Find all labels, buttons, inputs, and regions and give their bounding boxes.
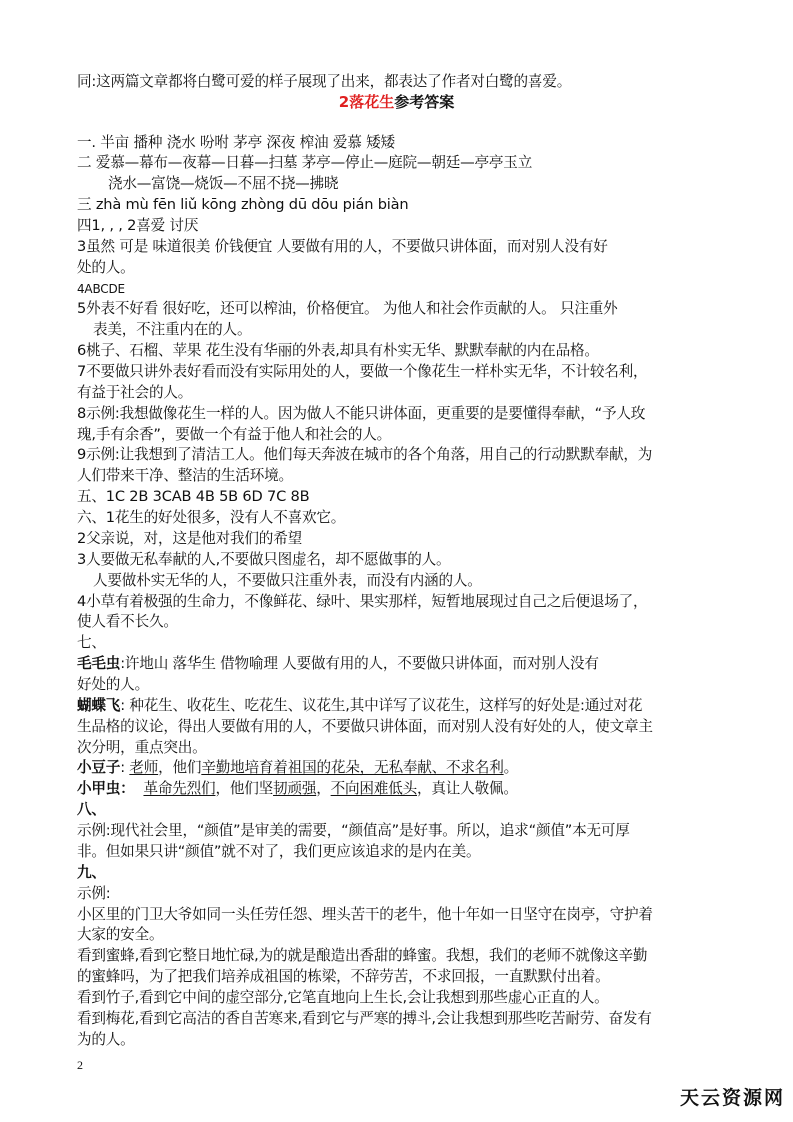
watermark-logo: 天云资源网: [680, 1083, 785, 1110]
underlined-answer: 辛勤地培育着祖国的花朵，无私奉献、不求名利: [201, 759, 503, 776]
answer-part-5: 五、1C 2B 3CAB 4B 5B 6D 7C 8B: [77, 487, 309, 507]
speaker-label: 小豆子: [77, 759, 120, 776]
title-suffix: 参考答案: [394, 93, 454, 111]
answer-8a: 示例:现代社会里，“颜值”是审美的需要，“颜值高”是好事。所以，追求“颜值”本无…: [77, 821, 630, 841]
underlined-answer: 不向困难低头: [331, 780, 417, 797]
speaker-label: 小甲虫：: [77, 780, 135, 797]
answer-text: : 种花生、收花生、吃花生、议花生,其中详写了议花生，这样写的好处是:通过对花: [120, 697, 642, 714]
answer-text: :许地山 落华生 借物喻理 人要做有用的人，不要做只讲体面，而对别人没有: [120, 655, 599, 672]
answer-4-7a: 7不要做只讲外表好看而没有实际用处的人，要做一个像花生一样朴实无华，不计较名利，: [77, 362, 647, 382]
speaker-label: 毛毛虫: [77, 655, 120, 672]
answer-7-beetle: 小甲虫： 革命先烈们，他们坚韧顽强，不向困难低头，真让人敬佩。: [77, 779, 518, 799]
answer-6-4b: 使人看不长久。: [77, 612, 178, 632]
intro-line: 同:这两篇文章都将白鹭可爱的样子展现了出来，都表达了作者对白鹭的喜爱。: [77, 72, 571, 92]
answer-9-2a: 看到蜜蜂,看到它整日地忙碌,为的就是酿造出香甜的蜂蜜。我想，我们的老师不就像这辛…: [77, 946, 647, 966]
answer-part-3: 三 zhà mù fēn liǔ kōng zhòng dū dōu pián …: [77, 195, 408, 215]
answer-4-6: 6桃子、石榴、苹果 花生没有华丽的外表,却具有朴实无华、默默奉献的内在品格。: [77, 341, 599, 361]
underlined-answer: 革命先烈们: [143, 780, 215, 797]
answer-4-5b: 表美，不注重内在的人。: [93, 320, 251, 340]
answer-9-1b: 大家的安全。: [77, 925, 163, 945]
answer-4-9a: 9示例:让我想到了清洁工人。他们每天奔波在城市的各个角落，用自己的行动默默奉献，…: [77, 445, 652, 465]
part-8-heading: 八、: [77, 800, 106, 820]
answer-4-4: 4ABCDE: [77, 279, 125, 299]
answer-text: ，他们坚: [215, 780, 273, 797]
part-9-heading: 九、: [77, 863, 106, 883]
answer-6-3a: 3人要做无私奉献的人,不要做只图虚名，却不愿做事的人。: [77, 550, 450, 570]
answer-7-butterfly-cont1: 生品格的议论，得出人要做有用的人，不要做只讲体面，而对别人没有好处的人，使文章主: [77, 717, 653, 737]
answer-9-3: 看到竹子,看到它中间的虚空部分,它笔直地向上生长,会让我想到那些虚心正直的人。: [77, 988, 609, 1008]
separator: :: [120, 759, 129, 776]
answer-7-butterfly-cont2: 次分明，重点突出。: [77, 738, 207, 758]
answer-9-4a: 看到梅花,看到它高洁的香自苦寒来,看到它与严寒的搏斗,会让我想到那些吃苦耐劳、奋…: [77, 1009, 652, 1029]
page-number: 2: [77, 1058, 83, 1073]
answer-9-2b: 的蜜蜂吗，为了把我们培养成祖国的栋梁，不辞劳苦，不求回报，一直默默付出着。: [77, 967, 610, 987]
answer-text: ，真让人敬佩。: [417, 780, 518, 797]
underlined-answer: 老师: [129, 759, 158, 776]
answer-4-8b: 瑰,手有余香”，要做一个有益于他人和社会的人。: [77, 425, 391, 445]
answer-4-7b: 有益于社会的人。: [77, 383, 192, 403]
example-label: 示例:: [77, 884, 111, 904]
answer-part-1: 一. 半亩 播种 浇水 吩咐 茅亭 深夜 榨油 爱慕 矮矮: [77, 133, 395, 153]
part-7-heading: 七、: [77, 633, 106, 653]
answer-4-9b: 人们带来干净、整洁的生活环境。: [77, 466, 293, 486]
answer-4-8a: 8示例:我想做像花生一样的人。因为做人不能只讲体面，更重要的是要懂得奉献，“予人…: [77, 404, 645, 424]
answer-6-2: 2父亲说，对，这是他对我们的希望: [77, 529, 302, 549]
underlined-answer: 韧顽强: [273, 780, 316, 797]
answer-8b: 非。但如果只讲“颜值”就不对了，我们更应该追求的是内在美。: [77, 842, 480, 862]
answer-6-1: 六、1花生的好处很多，没有人不喜欢它。: [77, 508, 345, 528]
answer-9-4b: 为的人。: [77, 1030, 135, 1050]
answer-7-caterpillar: 毛毛虫:许地山 落华生 借物喻理 人要做有用的人，不要做只讲体面，而对别人没有: [77, 654, 599, 674]
answer-6-4a: 4小草有着极强的生命力，不像鲜花、绿叶、果实那样，短暂地展现过自己之后便退场了，: [77, 592, 647, 612]
answer-7-butterfly: 蝴蝶飞: 种花生、收花生、吃花生、议花生,其中详写了议花生，这样写的好处是:通过…: [77, 696, 642, 716]
answer-4-1: 四1, , , 2喜爱 讨厌: [77, 216, 198, 236]
title-lesson: 2落花生: [339, 93, 394, 111]
answer-text: 。: [504, 759, 518, 776]
answer-text: ，他们: [158, 759, 201, 776]
answer-4-3b: 处的人。: [77, 258, 135, 278]
answer-7-caterpillar-cont: 好处的人。: [77, 675, 149, 695]
document-page: 同:这两篇文章都将白鹭可爱的样子展现了出来，都表达了作者对白鹭的喜爱。 2落花生…: [0, 0, 793, 1122]
answer-7-bean: 小豆子: 老师，他们辛勤地培育着祖国的花朵，无私奉献、不求名利。: [77, 758, 518, 778]
answer-part-2a: 二 爱慕—幕布—夜幕—日暮—扫墓 茅亭—停止—庭院—朝廷—亭亭玉立: [77, 153, 532, 173]
answer-4-5a: 5外表不好看 很好吃，还可以榨油，价格便宜。 为他人和社会作贡献的人。 只注重外: [77, 299, 618, 319]
answer-4-3a: 3虽然 可是 味道很美 价钱便宜 人要做有用的人，不要做只讲体面，而对别人没有好: [77, 237, 608, 257]
answer-9-1a: 小区里的门卫大爷如同一头任劳任怨、埋头苦干的老牛，他十年如一日坚守在岗亭，守护着: [77, 905, 653, 925]
answer-part-2b: 浇水—富饶—烧饭—不屈不挠—拂晓: [108, 174, 338, 194]
answer-text: ，: [316, 780, 330, 797]
speaker-label: 蝴蝶飞: [77, 697, 120, 714]
answer-6-3b: 人要做朴实无华的人，不要做只注重外表，而没有内涵的人。: [93, 571, 482, 591]
section-title: 2落花生参考答案: [0, 92, 793, 112]
